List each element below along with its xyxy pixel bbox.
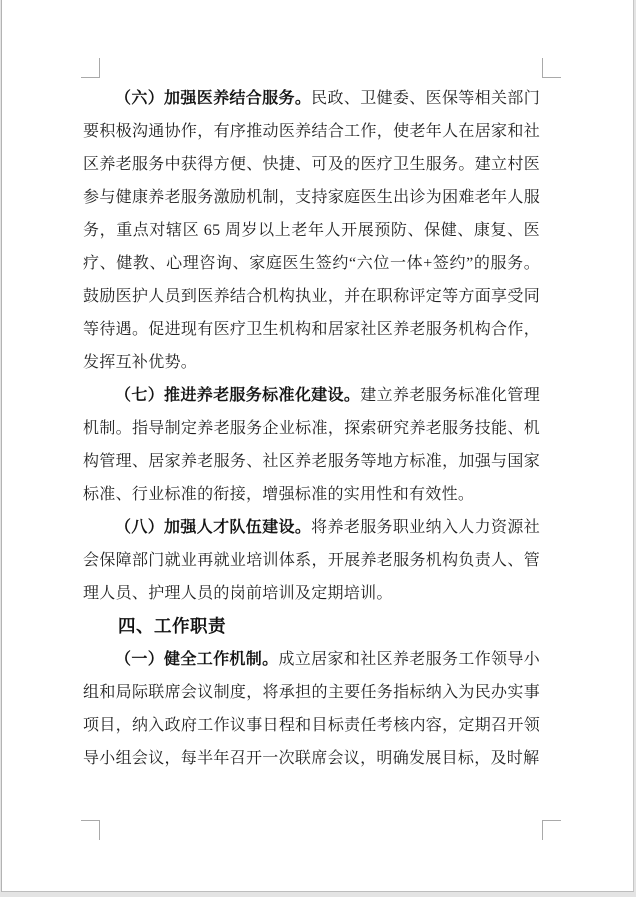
document-viewer: { "page": { "background_color": "#e4e4e4…	[0, 0, 636, 897]
paragraph-8-lead: （八）加强人才队伍建设。	[115, 519, 311, 536]
paragraph-7[interactable]: （七）推进养老服务标准化建设。建立养老服务标准化管理机制。指导制定养老服务企业标…	[83, 379, 540, 511]
paragraph-7-text: 建立养老服务标准化管理机制。指导制定养老服务企业标准，探索研究养老服务技能、机构…	[83, 387, 540, 503]
section-heading-4-text: 四、工作职责	[118, 616, 226, 636]
margin-crop-mark-bottom-right	[542, 820, 561, 840]
margin-crop-mark-top-right	[542, 58, 561, 78]
margin-crop-mark-top-left	[81, 58, 100, 78]
paragraph-7-lead: （七）推进养老服务标准化建设。	[115, 387, 360, 404]
paragraph-6-lead: （六）加强医养结合服务。	[115, 90, 311, 107]
section-heading-4[interactable]: 四、工作职责	[83, 610, 540, 643]
paragraph-4-1-text: 成立居家和社区养老服务工作领导小组和局际联席会议制度，将承担的主要任务指标纳入为…	[83, 651, 540, 767]
text-body[interactable]: （六）加强医养结合服务。民政、卫健委、医保等相关部门要积极沟通协作，有序推动医养…	[83, 82, 540, 775]
paragraph-4-1[interactable]: （一）健全工作机制。成立居家和社区养老服务工作领导小组和局际联席会议制度，将承担…	[83, 643, 540, 775]
paragraph-8[interactable]: （八）加强人才队伍建设。将养老服务职业纳入人力资源社会保障部门就业再就业培训体系…	[83, 511, 540, 610]
paragraph-6-text: 民政、卫健委、医保等相关部门要积极沟通协作，有序推动医养结合工作，使老年人在居家…	[83, 90, 540, 371]
margin-crop-mark-bottom-left	[81, 820, 100, 840]
paragraph-4-1-lead: （一）健全工作机制。	[115, 651, 278, 668]
document-page[interactable]: （六）加强医养结合服务。民政、卫健委、医保等相关部门要积极沟通协作，有序推动医养…	[1, 0, 634, 892]
paragraph-6[interactable]: （六）加强医养结合服务。民政、卫健委、医保等相关部门要积极沟通协作，有序推动医养…	[83, 82, 540, 379]
